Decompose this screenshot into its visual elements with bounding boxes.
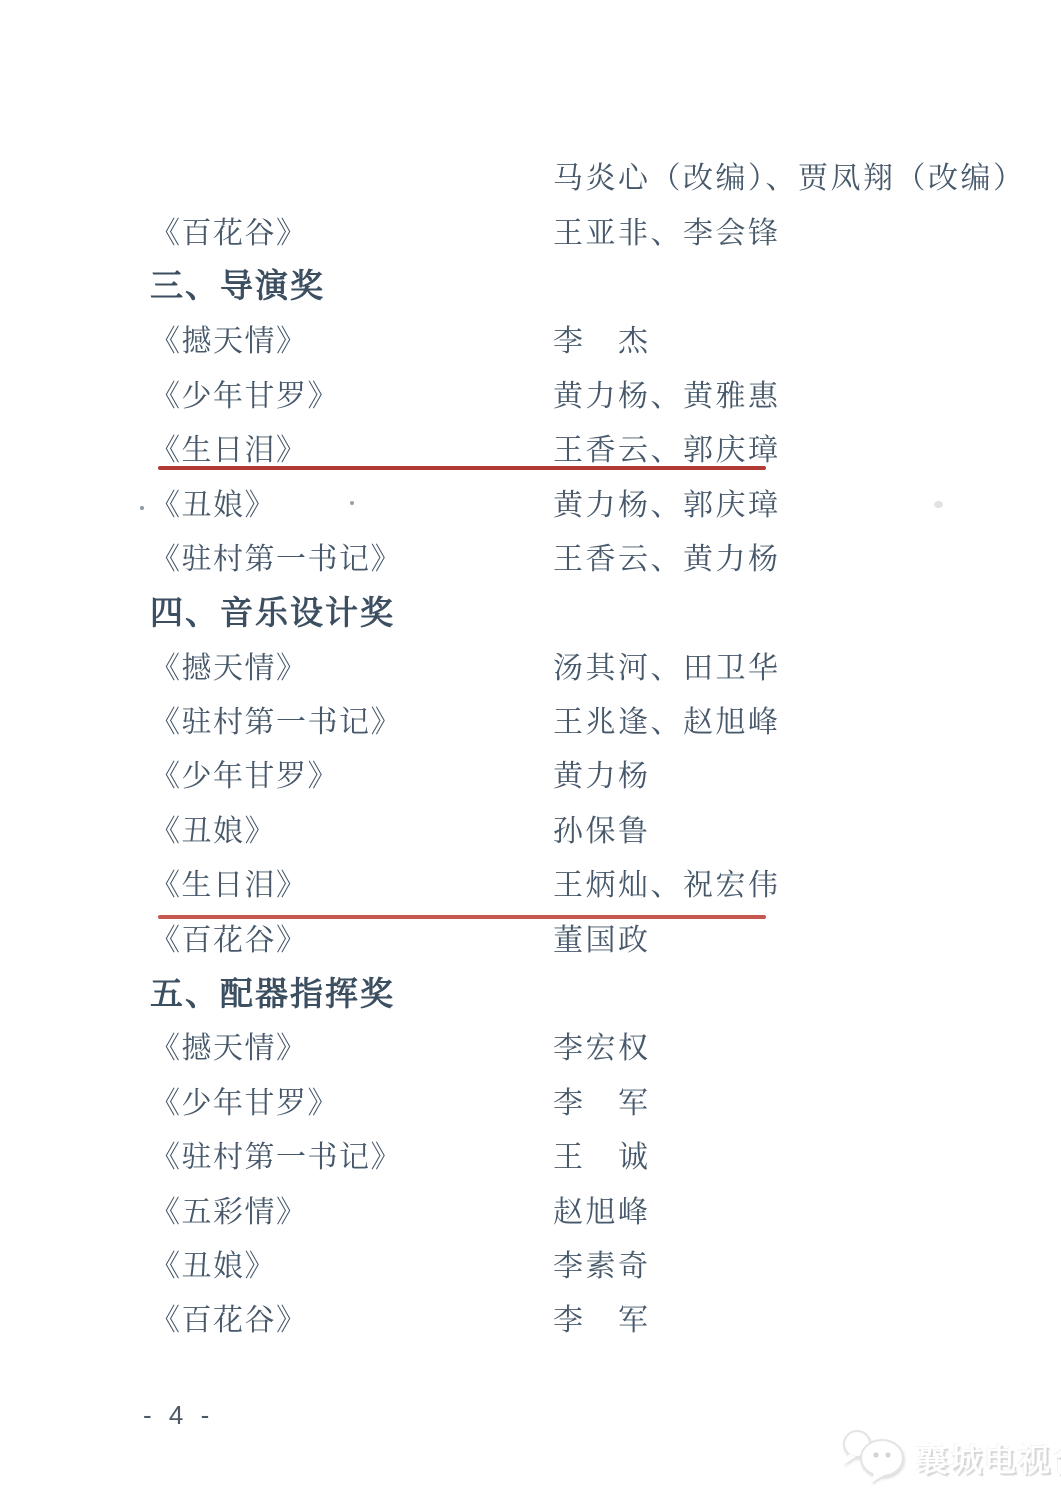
section-heading-label: 三、导演奖	[150, 260, 325, 307]
section-heading-orchestration: 五、配器指挥奖	[0, 964, 1061, 1018]
watermark-text: 襄城电视台	[916, 1435, 1061, 1481]
award-row: 《驻村第一书记》 王兆逢、赵旭峰	[0, 692, 1061, 746]
work-title: 《撼天情》	[150, 643, 555, 687]
work-title: 《百花谷》	[150, 1295, 555, 1339]
work-title: 《驻村第一书记》	[150, 1132, 555, 1176]
recipient-names: 黄力杨	[553, 751, 651, 795]
award-row: 《撼天情》 李 杰	[0, 311, 1061, 365]
recipient-names: 董国政	[553, 915, 651, 959]
award-row: 《少年甘罗》 黄力杨	[0, 746, 1061, 800]
award-row: 《少年甘罗》 黄力杨、黄雅惠	[0, 366, 1061, 420]
page-number: - 4 -	[143, 1400, 214, 1431]
recipient-names: 李 军	[553, 1078, 651, 1122]
section-heading-label: 五、配器指挥奖	[150, 968, 395, 1015]
recipient-names: 王兆逢、赵旭峰	[553, 697, 781, 741]
award-document-page: 马炎心（改编）、贾凤翔（改编） 《百花谷》 王亚非、李会锋 三、导演奖 《撼天情…	[0, 148, 1061, 1345]
work-title: 《生日泪》	[150, 425, 555, 469]
section-heading-music-design: 四、音乐设计奖	[0, 583, 1061, 637]
award-row: 《百花谷》 王亚非、李会锋	[0, 202, 1061, 256]
scan-speck	[140, 506, 144, 510]
work-title: 《少年甘罗》	[150, 1078, 555, 1122]
work-title: 《丑娘》	[150, 806, 555, 850]
award-row: 《撼天情》 李宏权	[0, 1018, 1061, 1072]
recipient-names: 马炎心（改编）、贾凤翔（改编）	[553, 153, 1026, 197]
recipient-names: 孙保鲁	[553, 806, 651, 850]
chat-bubbles-icon	[838, 1426, 910, 1489]
award-row: 《五彩情》 赵旭峰	[0, 1181, 1061, 1235]
award-row: 《丑娘》 孙保鲁	[0, 801, 1061, 855]
award-row: 《丑娘》 黄力杨、郭庆璋	[0, 474, 1061, 528]
recipient-names: 黄力杨、黄雅惠	[553, 371, 781, 415]
recipient-names: 王香云、黄力杨	[553, 534, 781, 578]
award-row: 《百花谷》 董国政	[0, 909, 1061, 963]
recipient-names: 李 军	[553, 1295, 651, 1339]
award-row: 《驻村第一书记》 王 诚	[0, 1127, 1061, 1181]
scan-speck	[350, 501, 354, 505]
recipient-names: 黄力杨、郭庆璋	[553, 480, 781, 524]
work-title: 《生日泪》	[150, 860, 555, 904]
award-row: 《撼天情》 汤其河、田卫华	[0, 638, 1061, 692]
award-row: 《驻村第一书记》 王香云、黄力杨	[0, 529, 1061, 583]
work-title: 《百花谷》	[150, 208, 555, 252]
section-heading-label: 四、音乐设计奖	[150, 587, 395, 634]
recipient-names: 王 诚	[553, 1132, 651, 1176]
work-title: 《丑娘》	[150, 1241, 555, 1285]
work-title: 《撼天情》	[150, 1023, 555, 1067]
recipient-names: 李 杰	[553, 316, 651, 360]
recipient-names: 李宏权	[553, 1023, 651, 1067]
work-title: 《少年甘罗》	[150, 751, 555, 795]
recipient-names: 王炳灿、祝宏伟	[553, 860, 781, 904]
recipient-names: 赵旭峰	[553, 1187, 651, 1231]
watermark: 襄城电视台	[838, 1426, 1061, 1489]
section-heading-director: 三、导演奖	[0, 257, 1061, 311]
work-title: 《驻村第一书记》	[150, 697, 555, 741]
work-title: 《少年甘罗》	[150, 371, 555, 415]
recipient-names: 李素奇	[553, 1241, 651, 1285]
recipient-names: 王亚非、李会锋	[553, 208, 781, 252]
scan-speck	[934, 501, 943, 508]
award-row: 《丑娘》 李素奇	[0, 1236, 1061, 1290]
red-underline	[158, 466, 766, 470]
work-title: 《驻村第一书记》	[150, 534, 555, 578]
work-title: 《百花谷》	[150, 915, 555, 959]
award-row-underlined: 《生日泪》 王炳灿、祝宏伟	[0, 855, 1061, 909]
continuation-row: 马炎心（改编）、贾凤翔（改编）	[0, 148, 1061, 202]
recipient-names: 王香云、郭庆璋	[553, 425, 781, 469]
work-title: 《撼天情》	[150, 316, 555, 360]
work-title: 《五彩情》	[150, 1187, 555, 1231]
award-row: 《百花谷》 李 军	[0, 1290, 1061, 1344]
award-row: 《少年甘罗》 李 军	[0, 1073, 1061, 1127]
recipient-names: 汤其河、田卫华	[553, 643, 781, 687]
award-row-underlined: 《生日泪》 王香云、郭庆璋	[0, 420, 1061, 474]
